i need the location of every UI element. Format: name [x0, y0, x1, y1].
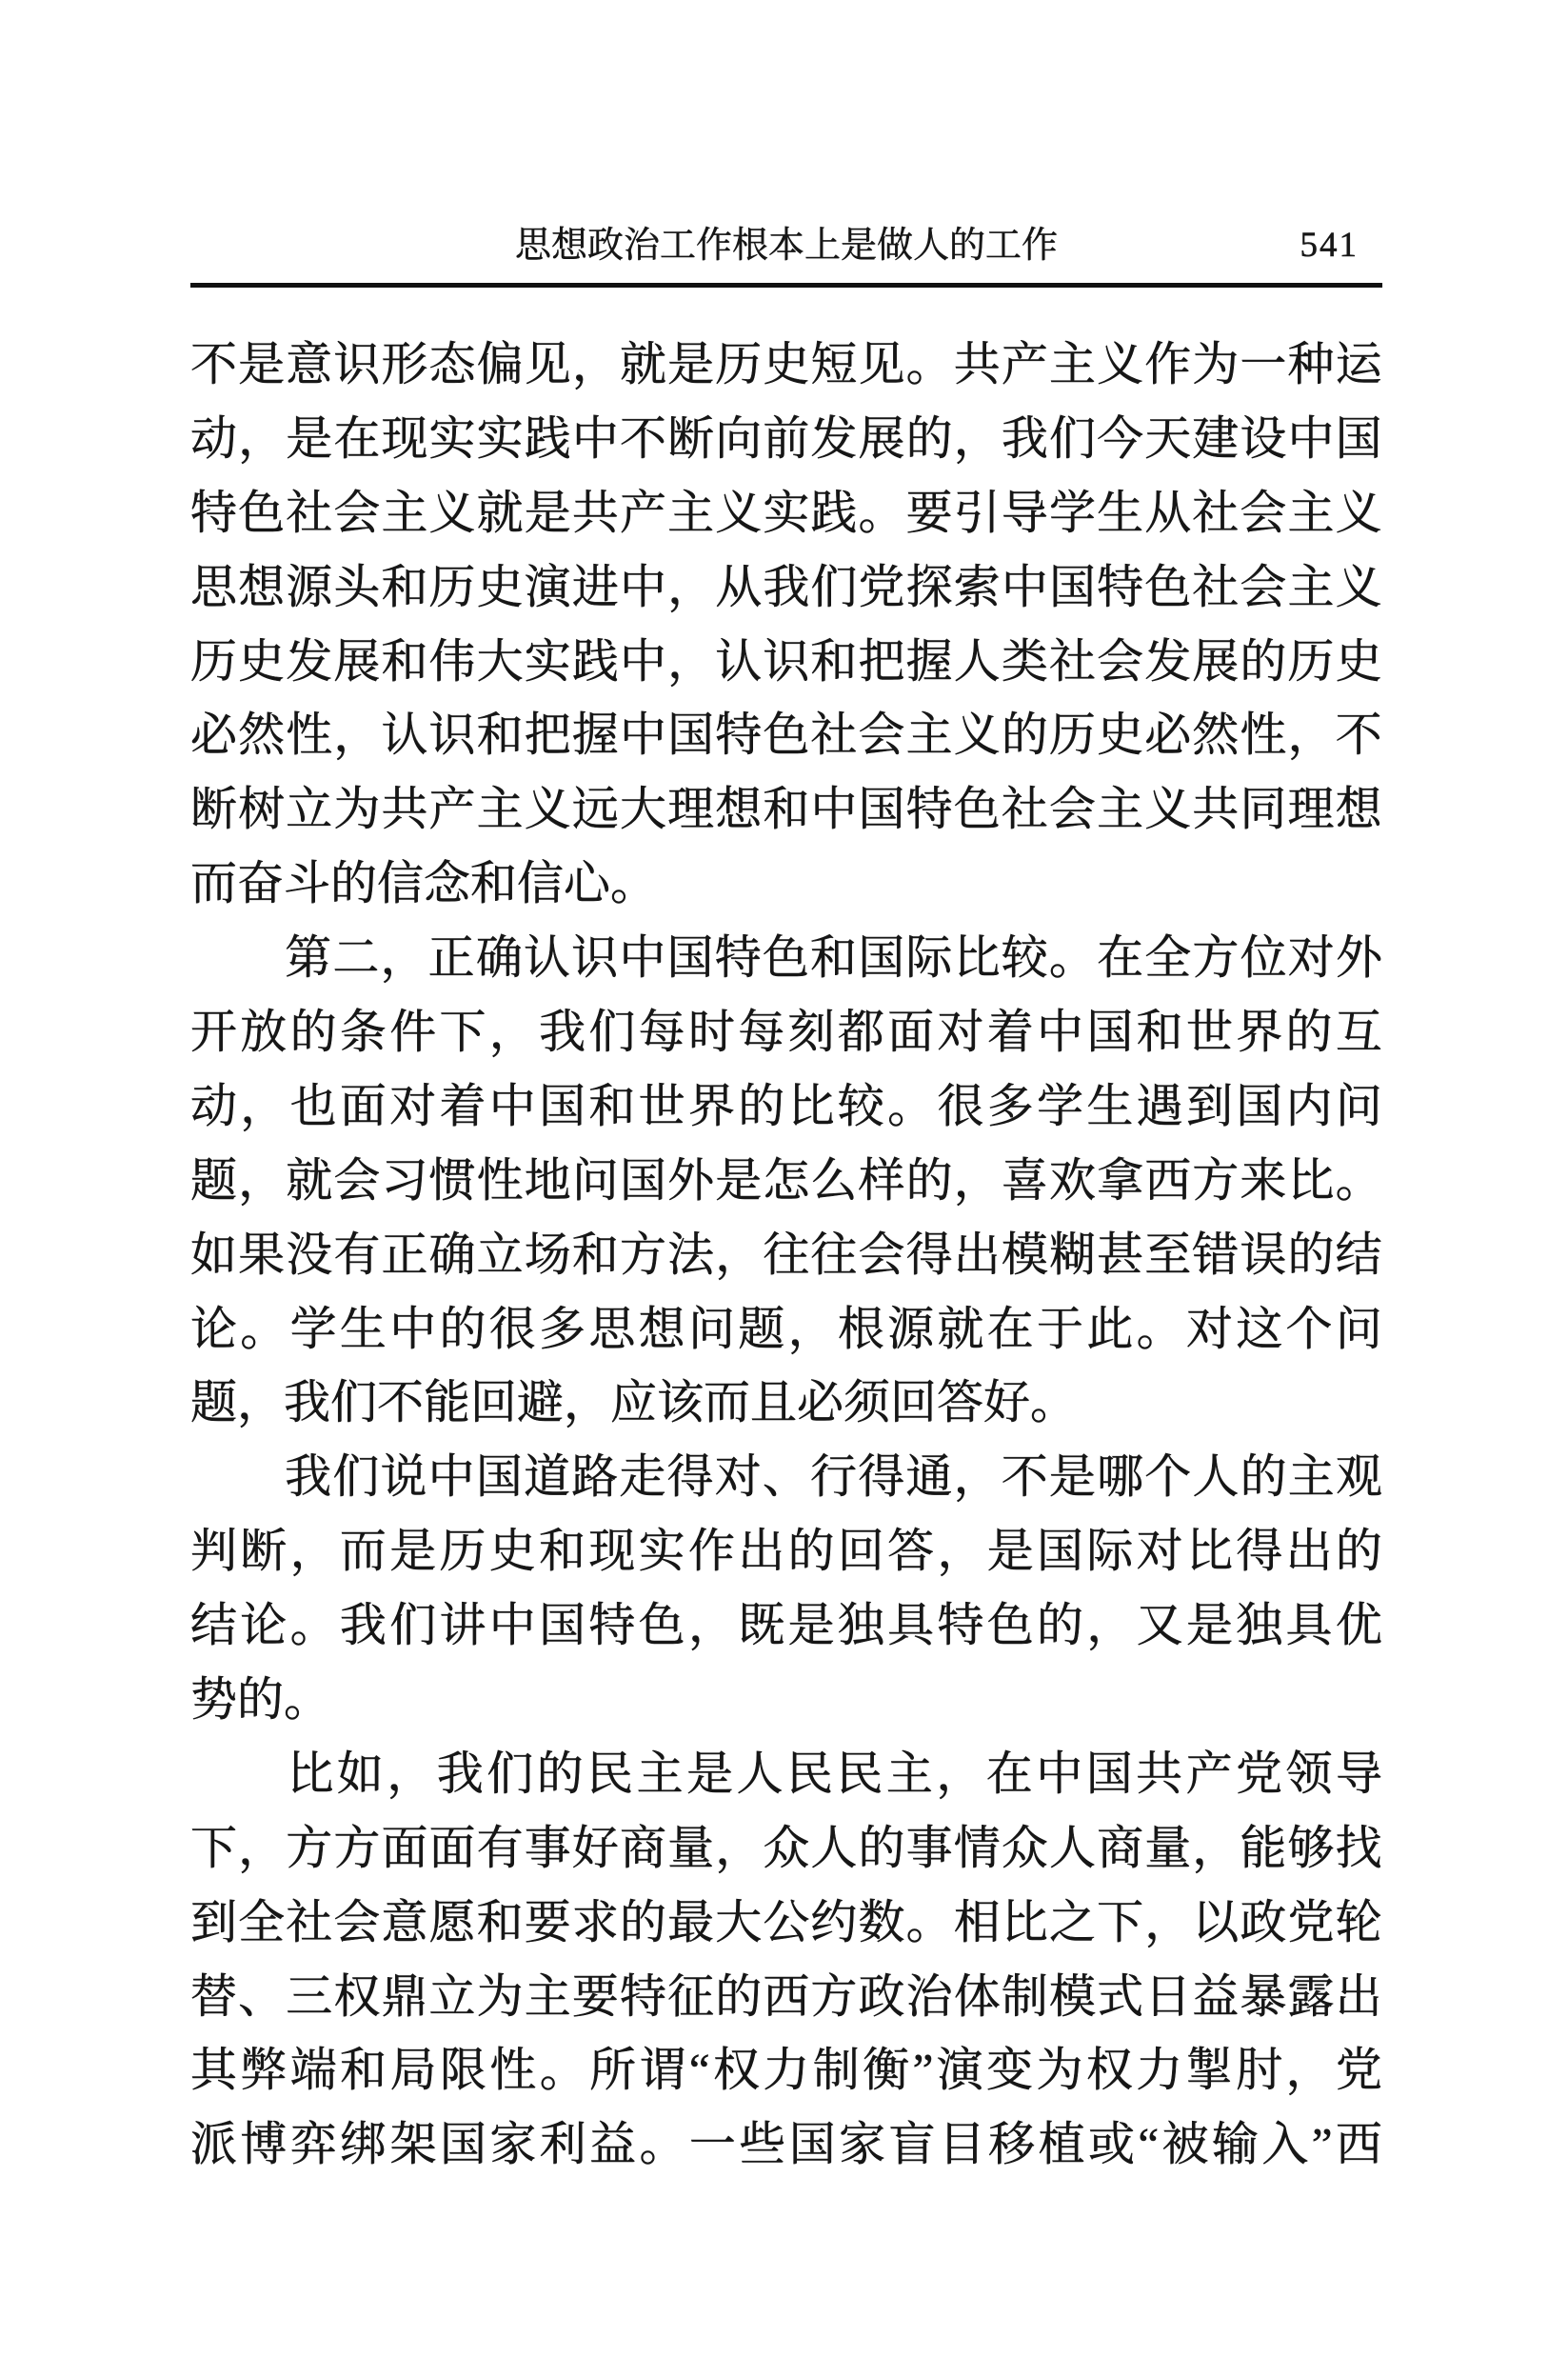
paragraph-indent [190, 921, 284, 995]
text-line: 必然性，认识和把握中国特色社会主义的历史必然性，不 [190, 698, 1382, 772]
text-line: 派博弈绑架国家利益。一些国家盲目移植或“被输入”西 [190, 2107, 1382, 2182]
text-line: 如果没有正确立场和方法，往往会得出模糊甚至错误的结 [190, 1218, 1382, 1292]
text-line: 动，是在现实实践中不断向前发展的，我们今天建设中国 [190, 402, 1382, 476]
text-line: 下，方方面面有事好商量，众人的事情众人商量，能够找 [190, 1811, 1382, 1886]
running-head: 思想政治工作根本上是做人的工作 541 [190, 222, 1382, 270]
text-line: 不是意识形态偏见，就是历史短见。共产主义作为一种运 [190, 328, 1382, 402]
text-line: 动，也面对着中国和世界的比较。很多学生遇到国内问 [190, 1069, 1382, 1144]
text-line: 第二，正确认识中国特色和国际比较。在全方位对外 [190, 921, 1382, 995]
text-line: 而奋斗的信念和信心。 [190, 847, 1382, 921]
text-line: 断树立为共产主义远大理想和中国特色社会主义共同理想 [190, 772, 1382, 847]
text-line: 题，就会习惯性地问国外是怎么样的，喜欢拿西方来比。 [190, 1144, 1382, 1218]
text-line: 历史发展和伟大实践中，认识和把握人类社会发展的历史 [190, 625, 1382, 699]
text-line: 到全社会意愿和要求的最大公约数。相比之下，以政党轮 [190, 1886, 1382, 1960]
text-line: 比如，我们的民主是人民民主，在中国共产党领导 [190, 1737, 1382, 1811]
text-line: 特色社会主义就是共产主义实践。要引导学生从社会主义 [190, 476, 1382, 550]
text-line: 我们说中国道路走得对、行得通，不是哪个人的主观 [190, 1440, 1382, 1514]
running-head-title: 思想政治工作根本上是做人的工作 [515, 226, 1058, 266]
page-content-column: 思想政治工作根本上是做人的工作 541 不是意识形态偏见，就是历史短见。共产主义… [190, 0, 1382, 2357]
text-line: 思想源头和历史演进中，从我们党探索中国特色社会主义 [190, 550, 1382, 625]
text-line: 替、三权鼎立为主要特征的西方政治体制模式日益暴露出 [190, 1960, 1382, 2034]
page-body: 不是意识形态偏见，就是历史短见。共产主义作为一种运动，是在现实实践中不断向前发展… [190, 328, 1382, 2182]
header-rule [190, 283, 1382, 288]
page-number: 541 [1300, 222, 1360, 270]
paragraph-indent [190, 1737, 284, 1811]
text-line: 势的。 [190, 1663, 1382, 1737]
text-line: 论。学生中的很多思想问题，根源就在于此。对这个问 [190, 1292, 1382, 1367]
text-line: 结论。我们讲中国特色，既是独具特色的，又是独具优 [190, 1588, 1382, 1663]
text-line: 其弊端和局限性。所谓“权力制衡”演变为权力掣肘，党 [190, 2033, 1382, 2107]
paragraph-indent [190, 1440, 284, 1514]
book-page: 思想政治工作根本上是做人的工作 541 不是意识形态偏见，就是历史短见。共产主义… [0, 0, 1568, 2357]
text-line: 开放的条件下，我们每时每刻都面对着中国和世界的互 [190, 995, 1382, 1069]
text-line: 题，我们不能回避，应该而且必须回答好。 [190, 1366, 1382, 1440]
text-line: 判断，而是历史和现实作出的回答，是国际对比得出的 [190, 1514, 1382, 1588]
